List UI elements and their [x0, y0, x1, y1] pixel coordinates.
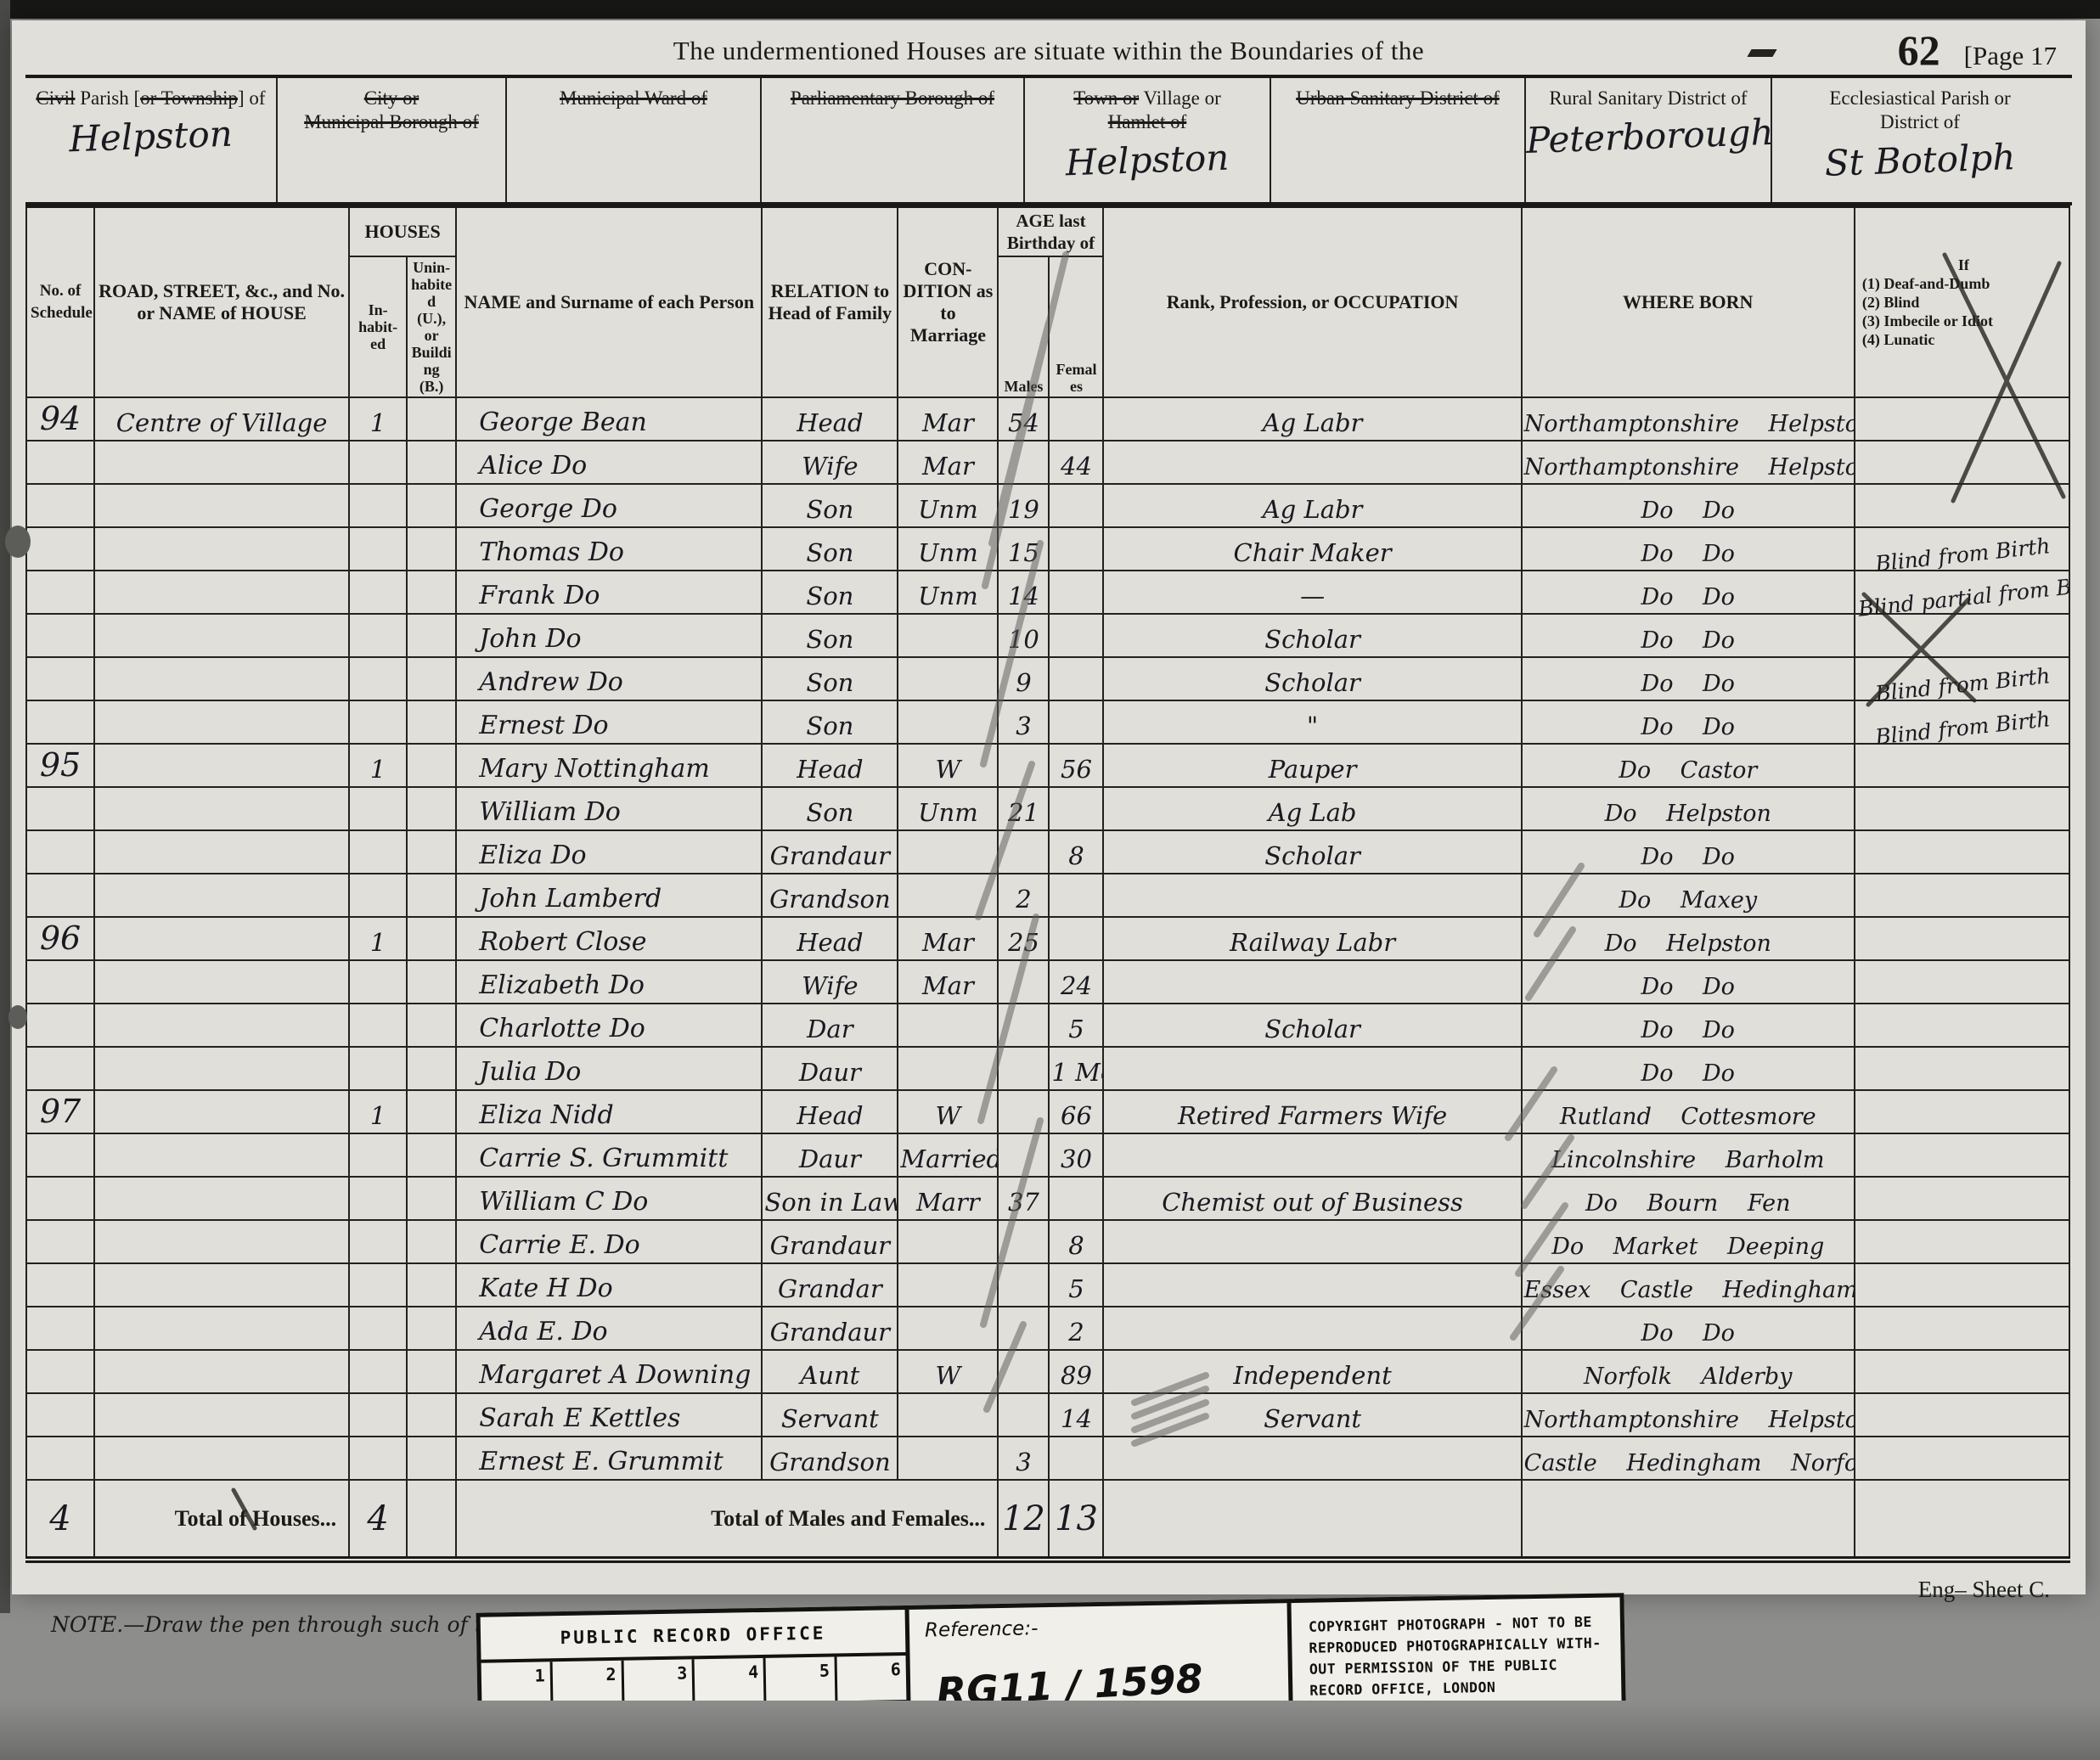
- cell-age-f: 8: [1049, 830, 1103, 874]
- cell-name: Robert Close: [456, 917, 762, 960]
- cell-age-m: 15: [998, 527, 1049, 571]
- cell-sched: [26, 787, 94, 830]
- header-occupation: Rank, Profession, or OCCUPATION: [1103, 207, 1521, 398]
- header-schedule: No. of Schedule: [26, 207, 94, 398]
- cell-condition: [898, 1307, 998, 1350]
- cell-sched: [26, 614, 94, 657]
- cell-uninh: [407, 1393, 456, 1437]
- schedule-total: 4: [26, 1480, 94, 1560]
- cell-sched: [26, 830, 94, 874]
- cell-condition: [898, 700, 998, 744]
- cell-born: Do Do: [1522, 657, 1855, 700]
- cell-age-m: 9: [998, 657, 1049, 700]
- cell-uninh: [407, 1047, 456, 1090]
- cell-relation: Grandson: [762, 1437, 898, 1480]
- cell-age-f: 30: [1049, 1133, 1103, 1177]
- header-females: Females: [1049, 256, 1103, 397]
- cell-condition: Mar: [898, 441, 998, 484]
- cell-occupation: Ag Labr: [1103, 484, 1521, 527]
- field-label: Town or Village or Hamlet of: [1025, 87, 1270, 134]
- rural-sanitary-value: Peterborough: [1525, 111, 1771, 161]
- cell-inh: [349, 441, 407, 484]
- cell-condition: Mar: [898, 960, 998, 1004]
- cell-born: Essex Castle Hedingham: [1522, 1263, 1855, 1307]
- table-row: John Lamberd Grandson 2 Do Maxey: [26, 874, 2069, 917]
- cell-inh: [349, 1177, 407, 1220]
- cell-inh: 1: [349, 1090, 407, 1133]
- cell-inh: [349, 527, 407, 571]
- cell-occupation: Retired Farmers Wife: [1103, 1090, 1521, 1133]
- cell-relation: Head: [762, 1090, 898, 1133]
- cell-age-f: 5: [1049, 1004, 1103, 1047]
- cell-condition: [898, 1047, 998, 1090]
- cell-sched: [26, 1263, 94, 1307]
- total-houses-label: Total of Houses...: [94, 1480, 349, 1560]
- cell-age-f: 24: [1049, 960, 1103, 1004]
- cell-age-f: 1 Mo: [1049, 1047, 1103, 1090]
- cell-uninh: [407, 571, 456, 614]
- cell-road: [94, 1437, 349, 1480]
- cell-name: Thomas Do: [456, 527, 762, 571]
- table-row: 97 1 Eliza Nidd Head W 66 Retired Farmer…: [26, 1090, 2069, 1133]
- cell-age-f: 8: [1049, 1220, 1103, 1263]
- cell-age-m: [998, 830, 1049, 874]
- cell-uninh: [407, 1350, 456, 1393]
- cell-occupation: Scholar: [1103, 614, 1521, 657]
- cell-relation: Son: [762, 657, 898, 700]
- cell-relation: Son: [762, 571, 898, 614]
- cell-road: [94, 744, 349, 787]
- cell-occupation: [1103, 441, 1521, 484]
- cell-road: [94, 571, 349, 614]
- cell-sched: [26, 960, 94, 1004]
- cell-uninh: [407, 1004, 456, 1047]
- cell-uninh: [407, 1090, 456, 1133]
- cell-condition: [898, 830, 998, 874]
- cell-born: Do Do: [1522, 1307, 1855, 1350]
- cell-condition: Unm: [898, 527, 998, 571]
- cell-inh: [349, 484, 407, 527]
- cell-inh: [349, 1263, 407, 1307]
- cell-born: Lincolnshire Barholm: [1522, 1133, 1855, 1177]
- header-uninhabited: Unin-habited (U.), or Building (B.): [407, 256, 456, 397]
- table-row: 95 1 Mary Nottingham Head W 56 Pauper Do…: [26, 744, 2069, 787]
- cell-relation: Dar: [762, 1004, 898, 1047]
- cell-age-m: 14: [998, 571, 1049, 614]
- cell-inh: [349, 1133, 407, 1177]
- cell-occupation: Chair Maker: [1103, 527, 1521, 571]
- field-urban-sanitary: Urban Sanitary District of: [1270, 78, 1524, 202]
- stamp-copyright-section: COPYRIGHT PHOTOGRAPH - NOT TO BE REPRODU…: [1291, 1597, 1622, 1746]
- field-parliamentary-borough: Parliamentary Borough of: [760, 78, 1023, 202]
- cell-relation: Grandar: [762, 1263, 898, 1307]
- cell-road: [94, 787, 349, 830]
- cell-uninh: [407, 614, 456, 657]
- cell-road: [94, 960, 349, 1004]
- cell-inh: [349, 1350, 407, 1393]
- cell-age-m: [998, 960, 1049, 1004]
- header-fields-band: Civil Parish [or Township] of Helpston C…: [25, 78, 2072, 205]
- cell-name: Frank Do: [456, 571, 762, 614]
- field-label: City or Municipal Borough of: [278, 87, 505, 134]
- cell-uninh: [407, 960, 456, 1004]
- cell-inh: [349, 657, 407, 700]
- cell-condition: [898, 1220, 998, 1263]
- cell-age-m: 25: [998, 917, 1049, 960]
- cell-age-m: 10: [998, 614, 1049, 657]
- cell-age-m: 54: [998, 397, 1049, 441]
- cell-relation: Servant: [762, 1393, 898, 1437]
- cell-condition: Unm: [898, 571, 998, 614]
- cell-name: Julia Do: [456, 1047, 762, 1090]
- column-headers: No. of Schedule ROAD, STREET, &c., and N…: [26, 207, 2069, 398]
- cell-inh: [349, 830, 407, 874]
- cell-inh: [349, 787, 407, 830]
- cell-age-m: [998, 1263, 1049, 1307]
- total-houses-value: 4: [349, 1480, 407, 1560]
- cell-name: Kate H Do: [456, 1263, 762, 1307]
- cell-sched: [26, 1220, 94, 1263]
- cell-inh: [349, 1004, 407, 1047]
- cell-sched: [26, 1047, 94, 1090]
- table-row: Elizabeth Do Wife Mar 24 Do Do: [26, 960, 2069, 1004]
- cell-age-f: [1049, 571, 1103, 614]
- cell-age-m: [998, 1004, 1049, 1047]
- cell-sched: [26, 874, 94, 917]
- totals-row: 4 Total of Houses... 4 Total of Males an…: [26, 1480, 2069, 1560]
- cell-condition: W: [898, 1090, 998, 1133]
- ink-blot: [8, 1005, 27, 1029]
- table-row: Charlotte Do Dar 5 Scholar Do Do: [26, 1004, 2069, 1047]
- cell-name: John Do: [456, 614, 762, 657]
- cell-inh: [349, 1393, 407, 1437]
- cell-sched: [26, 1437, 94, 1480]
- cell-relation: Son: [762, 614, 898, 657]
- cell-age-f: [1049, 1177, 1103, 1220]
- cell-occupation: Chemist out of Business: [1103, 1177, 1521, 1220]
- cell-age-f: [1049, 700, 1103, 744]
- reference-value: RG11 / 1598: [909, 1628, 1290, 1716]
- cell-name: George Do: [456, 484, 762, 527]
- cell-born: Do Do: [1522, 571, 1855, 614]
- cell-relation: Aunt: [762, 1350, 898, 1393]
- stamp-reference-section: Reference:- RG11 / 1598: [909, 1603, 1294, 1752]
- cell-age-f: [1049, 397, 1103, 441]
- cell-inh: [349, 571, 407, 614]
- cell-road: [94, 917, 349, 960]
- cell-occupation: Railway Labr: [1103, 917, 1521, 960]
- cell-uninh: [407, 744, 456, 787]
- cell-relation: Wife: [762, 960, 898, 1004]
- cell-age-m: 21: [998, 787, 1049, 830]
- table-row: John Do Son 10 Scholar Do Do: [26, 614, 2069, 657]
- cell-age-f: 66: [1049, 1090, 1103, 1133]
- table-row: Frank Do Son Unm 14 — Do Do Blind partia…: [26, 571, 2069, 614]
- cell-condition: [898, 614, 998, 657]
- cell-name: John Lamberd: [456, 874, 762, 917]
- cell-occupation: —: [1103, 571, 1521, 614]
- table-row: Thomas Do Son Unm 15 Chair Maker Do Do B…: [26, 527, 2069, 571]
- ink-mark: [1747, 49, 1776, 57]
- cell-occupation: [1103, 874, 1521, 917]
- cell-occupation: Scholar: [1103, 830, 1521, 874]
- cell-condition: W: [898, 1350, 998, 1393]
- cell-age-m: [998, 1133, 1049, 1177]
- total-females: 13: [1049, 1480, 1103, 1560]
- cell-name: Charlotte Do: [456, 1004, 762, 1047]
- cell-occupation: [1103, 1047, 1521, 1090]
- cell-name: Carrie E. Do: [456, 1220, 762, 1263]
- cell-born: Do Helpston: [1522, 787, 1855, 830]
- field-label: Ecclesiastical Parish or District of: [1772, 87, 2068, 134]
- cell-road: [94, 1393, 349, 1437]
- cell-relation: Son: [762, 527, 898, 571]
- table-row: Alice Do Wife Mar 44 Northamptonshire He…: [26, 441, 2069, 484]
- header-infirmity: If (1) Deaf-and-Dumb (2) Blind (3) Imbec…: [1855, 207, 2069, 398]
- header-age: AGE last Birthday of: [998, 207, 1103, 257]
- cell-age-m: [998, 1307, 1049, 1350]
- cell-condition: [898, 1004, 998, 1047]
- header-condition: CON-DITION as to Marriage: [898, 207, 998, 398]
- cell-relation: Son in Law: [762, 1177, 898, 1220]
- cell-occupation: Ag Lab: [1103, 787, 1521, 830]
- cell-age-m: 37: [998, 1177, 1049, 1220]
- folio: 62 [Page 17: [1898, 25, 2057, 75]
- table-row: Carrie S. Grummitt Daur Married 30 Linco…: [26, 1133, 2069, 1177]
- photo-left-edge: [0, 0, 10, 1613]
- enumeration-rows: 94 Centre of Village 1 George Bean Head …: [26, 397, 2069, 1480]
- cell-relation: Daur: [762, 1047, 898, 1090]
- cell-occupation: [1103, 1133, 1521, 1177]
- cell-occupation: [1103, 1220, 1521, 1263]
- cell-name: Alice Do: [456, 441, 762, 484]
- cell-road: [94, 830, 349, 874]
- cell-sched: [26, 1393, 94, 1437]
- cell-uninh: [407, 441, 456, 484]
- cell-uninh: [407, 1307, 456, 1350]
- cell-condition: W: [898, 744, 998, 787]
- cell-occupation: Servant: [1103, 1393, 1521, 1437]
- cell-uninh: [407, 657, 456, 700]
- cell-name: Carrie S. Grummitt: [456, 1133, 762, 1177]
- cell-sched: 96: [26, 917, 94, 960]
- cell-condition: Unm: [898, 787, 998, 830]
- cell-born: Norfolk Alderby: [1522, 1350, 1855, 1393]
- cell-sched: [26, 1004, 94, 1047]
- cell-name: Ernest E. Grummit: [456, 1437, 762, 1480]
- cell-relation: Grandaur: [762, 830, 898, 874]
- cell-uninh: [407, 700, 456, 744]
- cell-occupation: Pauper: [1103, 744, 1521, 787]
- title-row: The undermentioned Houses are situate wi…: [25, 20, 2072, 78]
- cell-condition: Unm: [898, 484, 998, 527]
- cell-condition: Mar: [898, 397, 998, 441]
- cell-age-f: [1049, 917, 1103, 960]
- cell-road: Centre of Village: [94, 397, 349, 441]
- cell-inh: [349, 1307, 407, 1350]
- cell-born: Do Do: [1522, 830, 1855, 874]
- field-label: Urban Sanitary District of: [1271, 87, 1524, 110]
- town-village-value: Helpston: [1024, 135, 1270, 185]
- field-label: Rural Sanitary District of: [1526, 87, 1771, 110]
- table-row: Ernest E. Grummit Grandson 3 Castle Hedi…: [26, 1437, 2069, 1480]
- cell-age-f: [1049, 1437, 1103, 1480]
- cell-road: [94, 1047, 349, 1090]
- cell-age-m: 19: [998, 484, 1049, 527]
- header-road: ROAD, STREET, &c., and No. or NAME of HO…: [94, 207, 349, 398]
- table-row: Ada E. Do Grandaur 2 Do Do: [26, 1307, 2069, 1350]
- cell-road: [94, 1263, 349, 1307]
- cell-road: [94, 657, 349, 700]
- field-rural-sanitary: Rural Sanitary District of Peterborough: [1524, 78, 1771, 202]
- cell-road: [94, 527, 349, 571]
- census-page: The undermentioned Houses are situate wi…: [12, 20, 2086, 1594]
- header-inhabited: In-habit-ed: [349, 256, 407, 397]
- cell-occupation: Scholar: [1103, 1004, 1521, 1047]
- table-row: Eliza Do Grandaur 8 Scholar Do Do: [26, 830, 2069, 874]
- header-males: Males: [998, 256, 1049, 397]
- cell-age-f: [1049, 874, 1103, 917]
- cell-inh: [349, 874, 407, 917]
- cell-age-f: 56: [1049, 744, 1103, 787]
- table-row: Carrie E. Do Grandaur 8 Do Market Deepin…: [26, 1220, 2069, 1263]
- field-label: Municipal Ward of: [507, 87, 760, 110]
- cell-inh: [349, 614, 407, 657]
- cell-born: Rutland Cottesmore: [1522, 1090, 1855, 1133]
- ink-blot: [5, 526, 31, 558]
- cell-name: Mary Nottingham: [456, 744, 762, 787]
- field-town-village: Town or Village or Hamlet of Helpston: [1023, 78, 1270, 202]
- cell-name: Elizabeth Do: [456, 960, 762, 1004]
- cell-relation: Son: [762, 700, 898, 744]
- cell-born: Do Market Deeping: [1522, 1220, 1855, 1263]
- civil-parish-value: Helpston: [25, 111, 277, 161]
- cell-uninh: [407, 484, 456, 527]
- cell-born: Do Do: [1522, 1047, 1855, 1090]
- folio-number: 62: [1898, 26, 1940, 74]
- cell-relation: Wife: [762, 441, 898, 484]
- cell-uninh: [407, 527, 456, 571]
- field-label: Parliamentary Borough of: [762, 87, 1023, 110]
- cell-relation: Head: [762, 917, 898, 960]
- cell-name: Ernest Do: [456, 700, 762, 744]
- cell-road: [94, 1133, 349, 1177]
- cell-relation: Grandaur: [762, 1307, 898, 1350]
- cell-age-f: 44: [1049, 441, 1103, 484]
- cell-road: [94, 1350, 349, 1393]
- cell-sched: [26, 1350, 94, 1393]
- cell-relation: Head: [762, 397, 898, 441]
- cell-uninh: [407, 1177, 456, 1220]
- cell-name: Eliza Nidd: [456, 1090, 762, 1133]
- cell-inh: [349, 960, 407, 1004]
- cell-road: [94, 700, 349, 744]
- cell-age-m: [998, 1393, 1049, 1437]
- cell-sched: [26, 1307, 94, 1350]
- cell-road: [94, 1004, 349, 1047]
- cell-uninh: [407, 1133, 456, 1177]
- cell-age-f: 2: [1049, 1307, 1103, 1350]
- cell-sched: 95: [26, 744, 94, 787]
- cell-name: Andrew Do: [456, 657, 762, 700]
- cell-born: Do Do: [1522, 1004, 1855, 1047]
- cell-born: Castle Hedingham Norfolk: [1522, 1437, 1855, 1480]
- cell-name: William Do: [456, 787, 762, 830]
- cell-occupation: [1103, 1437, 1521, 1480]
- header-where-born: WHERE BORN: [1522, 207, 1855, 398]
- table-row: Kate H Do Grandar 5 Essex Castle Hedingh…: [26, 1263, 2069, 1307]
- cell-born: Do Do: [1522, 527, 1855, 571]
- cell-occupation: [1103, 1307, 1521, 1350]
- cell-born: Do Maxey: [1522, 874, 1855, 917]
- cell-occupation: [1103, 960, 1521, 1004]
- table-row: William C Do Son in Law Marr 37 Chemist …: [26, 1177, 2069, 1220]
- cell-age-f: [1049, 527, 1103, 571]
- field-civil-parish: Civil Parish [or Township] of Helpston: [25, 78, 276, 202]
- cell-road: [94, 484, 349, 527]
- table-row: Margaret A Downing Aunt W 89 Independent…: [26, 1350, 2069, 1393]
- cell-inh: 1: [349, 744, 407, 787]
- cell-relation: Daur: [762, 1133, 898, 1177]
- cell-occupation: Independent: [1103, 1350, 1521, 1393]
- total-males: 12: [998, 1480, 1049, 1560]
- cell-sched: [26, 657, 94, 700]
- cell-born: Northamptonshire Helpston: [1522, 441, 1855, 484]
- cell-age-m: [998, 1350, 1049, 1393]
- cell-relation: Head: [762, 744, 898, 787]
- stamp-ruler-section: PUBLIC RECORD OFFICE 123456 12: [481, 1610, 912, 1760]
- cell-road: [94, 1177, 349, 1220]
- copyright-line: RECORD OFFICE, LONDON: [1309, 1674, 1621, 1701]
- cell-sched: 97: [26, 1090, 94, 1133]
- cell-age-m: 3: [998, 1437, 1049, 1480]
- table-row: 94 Centre of Village 1 George Bean Head …: [26, 397, 2069, 441]
- cell-road: [94, 1220, 349, 1263]
- cell-name: Eliza Do: [456, 830, 762, 874]
- cell-sched: [26, 527, 94, 571]
- cell-sched: [26, 571, 94, 614]
- cell-born: Northamptonshire Helpston: [1522, 1393, 1855, 1437]
- cell-age-f: 89: [1049, 1350, 1103, 1393]
- cell-name: Sarah E Kettles: [456, 1393, 762, 1437]
- table-row: Ernest Do Son 3 " Do Do Blind from Birth: [26, 700, 2069, 744]
- cell-age-f: [1049, 787, 1103, 830]
- cell-age-m: [998, 1090, 1049, 1133]
- cell-relation: Grandson: [762, 874, 898, 917]
- ruler-scale: 123456: [481, 1652, 907, 1711]
- cell-condition: Married: [898, 1133, 998, 1177]
- cell-condition: Marr: [898, 1177, 998, 1220]
- cell-born: Do Do: [1522, 960, 1855, 1004]
- cell-age-m: [998, 1220, 1049, 1263]
- cell-uninh: [407, 787, 456, 830]
- cell-inh: [349, 1047, 407, 1090]
- cell-uninh: [407, 1437, 456, 1480]
- cell-born: Northamptonshire Helpston: [1522, 397, 1855, 441]
- cell-sched: [26, 1133, 94, 1177]
- cell-uninh: [407, 1220, 456, 1263]
- cell-name: William C Do: [456, 1177, 762, 1220]
- cell-uninh: [407, 917, 456, 960]
- cell-age-f: 14: [1049, 1393, 1103, 1437]
- cell-name: Ada E. Do: [456, 1307, 762, 1350]
- cell-name: George Bean: [456, 397, 762, 441]
- cell-age-f: 5: [1049, 1263, 1103, 1307]
- cell-age-m: 3: [998, 700, 1049, 744]
- field-municipal-ward: Municipal Ward of: [505, 78, 760, 202]
- pro-stamp: PUBLIC RECORD OFFICE 123456 12 Reference…: [476, 1593, 1627, 1760]
- cell-condition: [898, 1263, 998, 1307]
